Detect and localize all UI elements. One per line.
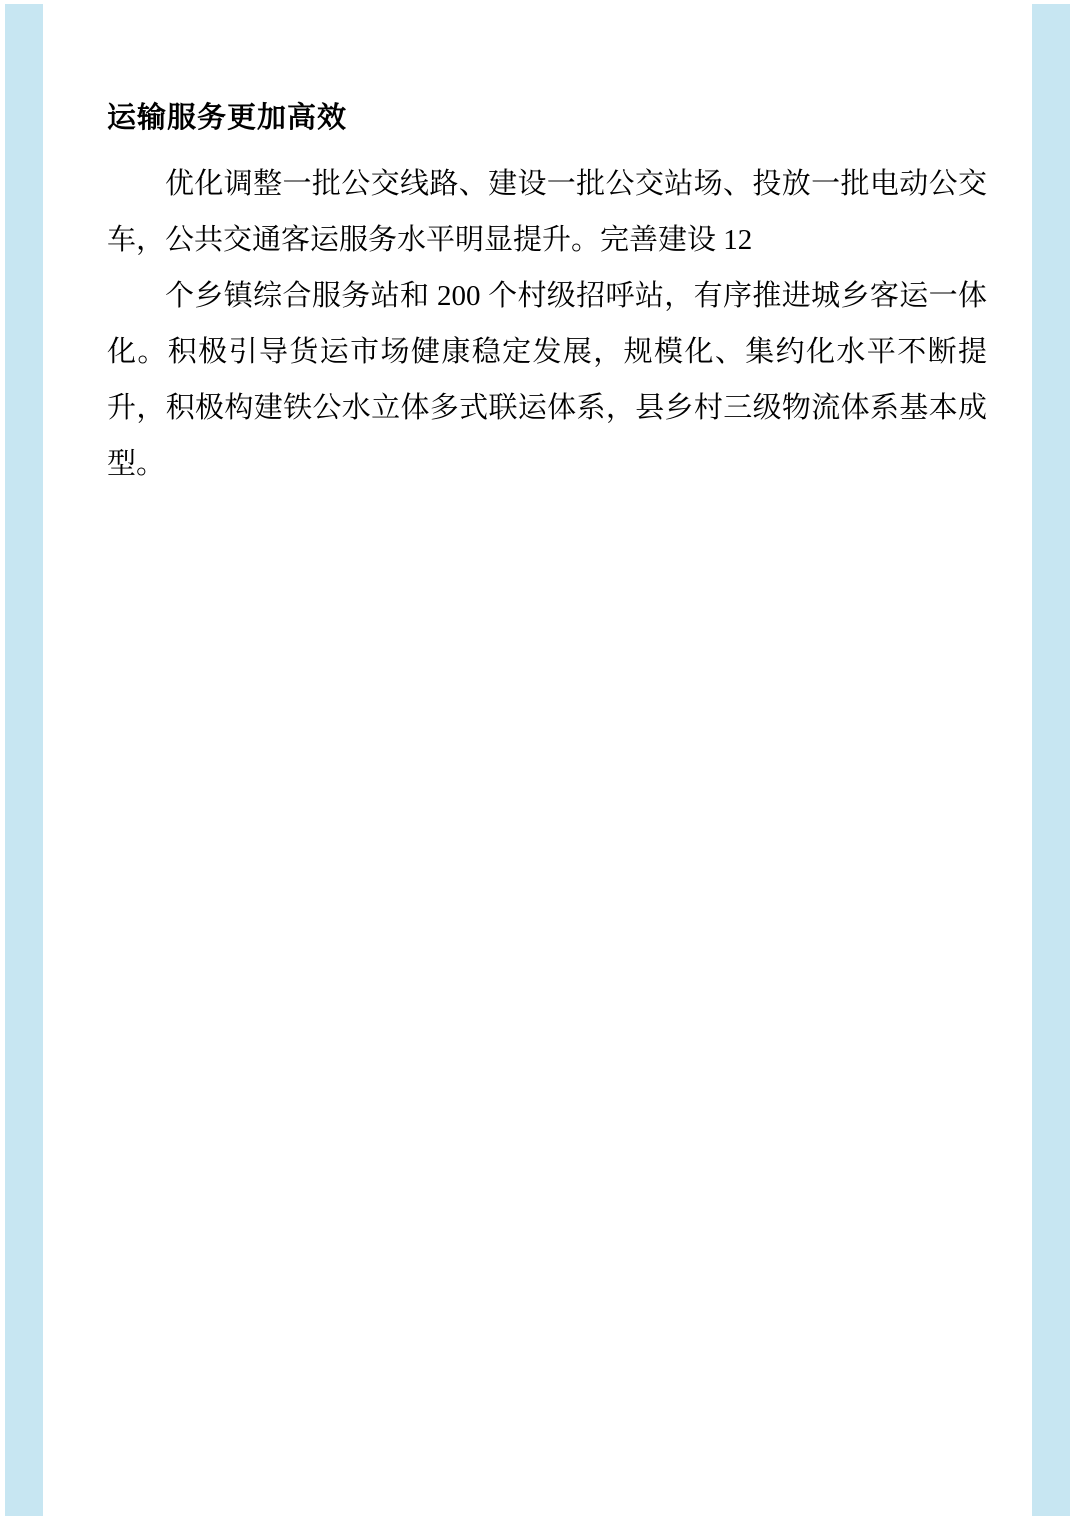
body-paragraph: 个乡镇综合服务站和 200 个村级招呼站，有序推进城乡客运一体化。积极引导货运市… <box>107 268 987 492</box>
right-margin-bar <box>1032 4 1070 1516</box>
section-heading: 运输服务更加高效 <box>107 90 987 146</box>
left-margin-bar <box>5 4 43 1516</box>
document-content: 运输服务更加高效 优化调整一批公交线路、建设一批公交站场、投放一批电动公交车，公… <box>107 90 987 492</box>
body-paragraph: 优化调整一批公交线路、建设一批公交站场、投放一批电动公交车，公共交通客运服务水平… <box>107 156 987 268</box>
document-page: 运输服务更加高效 优化调整一批公交线路、建设一批公交站场、投放一批电动公交车，公… <box>0 0 1075 1520</box>
